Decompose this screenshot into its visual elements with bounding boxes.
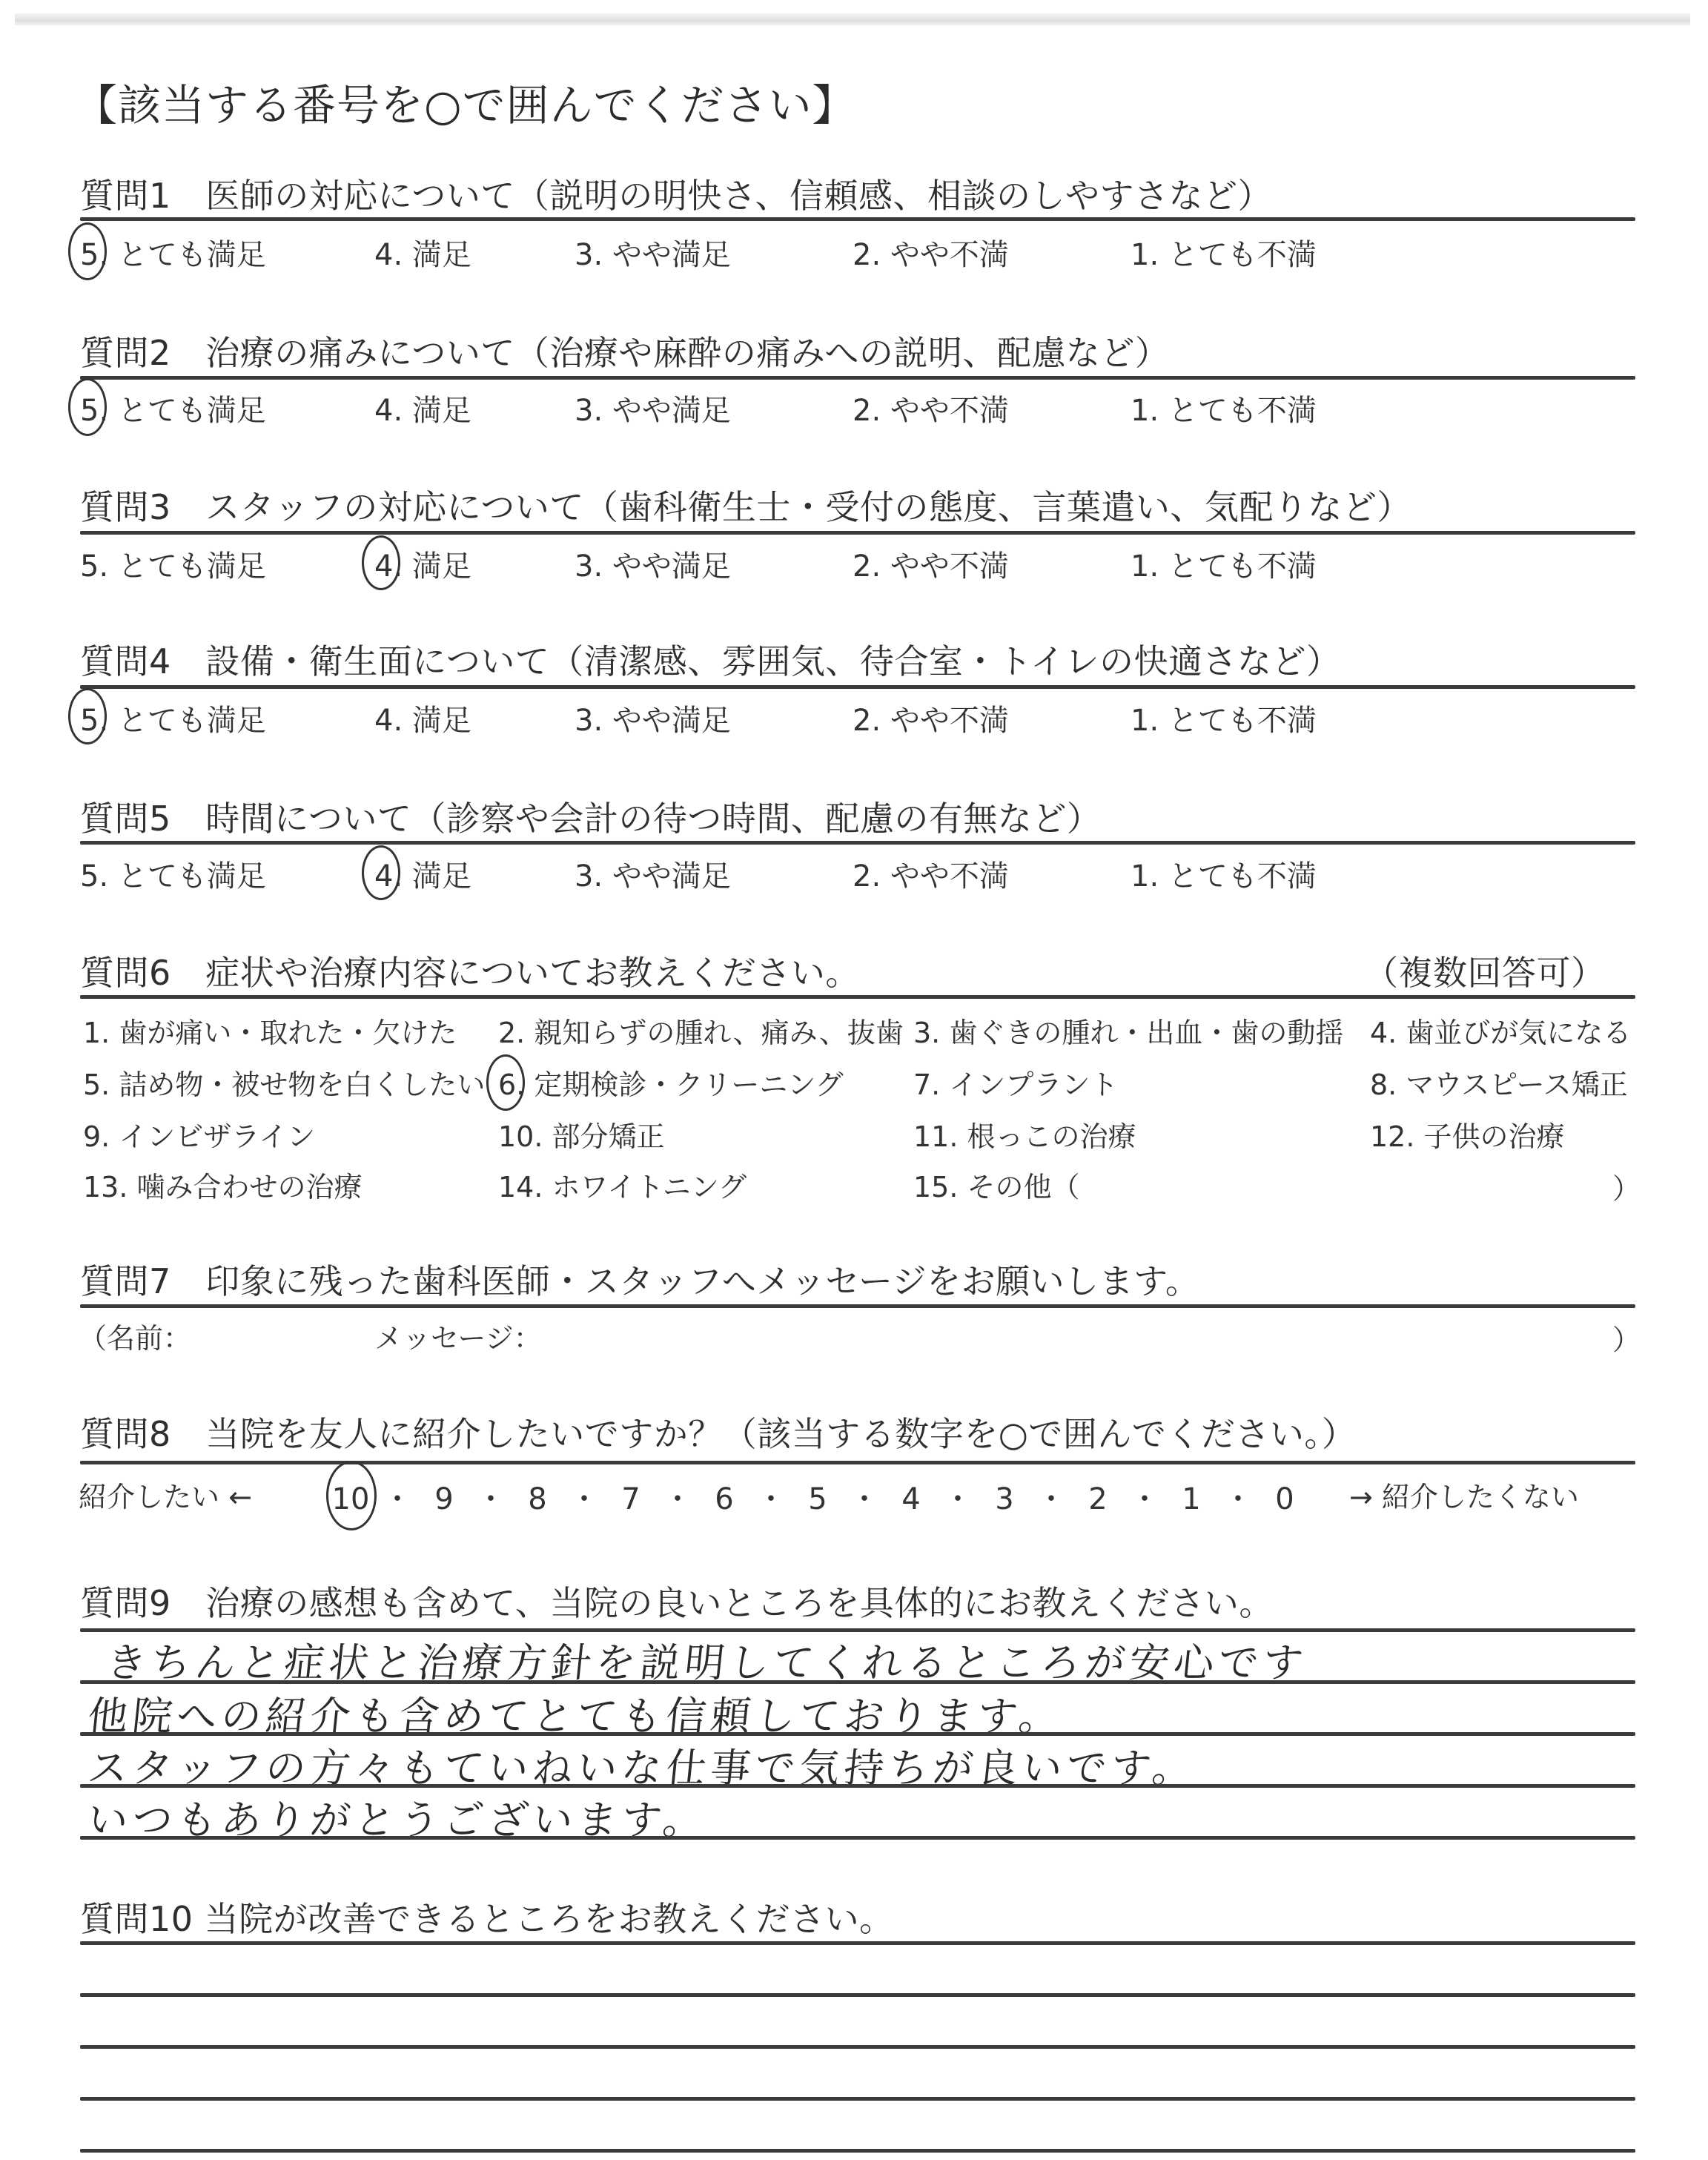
symptom-option-7[interactable]: 7. インプラント: [913, 1062, 1118, 1103]
option-2[interactable]: 2. やや不満: [853, 543, 1009, 585]
question-heading: 質問5 時間について（診察や会計の待つ時間、配慮の有無など）: [80, 792, 1101, 841]
option-5[interactable]: 5. とても満足: [80, 231, 266, 274]
recommend-right-label: → 紹介したくない: [1349, 1474, 1579, 1515]
scale-7[interactable]: 7: [609, 1482, 652, 1516]
scale-6[interactable]: 6: [703, 1482, 746, 1516]
answer-line-1[interactable]: [85, 1946, 1632, 1990]
symptom-option-14[interactable]: 14. ホワイトニング: [498, 1164, 747, 1205]
question-heading: 質問8 当院を友人に紹介したいですか？（該当する数字を○で囲んでください。）: [80, 1407, 1356, 1456]
option-5[interactable]: 5. とても満足: [80, 543, 266, 585]
divider: [80, 217, 1635, 221]
question-heading: 質問3 スタッフの対応について（歯科衛生士・受付の態度、言葉遣い、気配りなど）: [80, 480, 1411, 529]
option-3[interactable]: 3. やや満足: [575, 387, 731, 429]
option-3[interactable]: 3. やや満足: [575, 853, 731, 895]
symptom-option-3[interactable]: 3. 歯ぐきの腫れ・出血・歯の動揺: [913, 1010, 1343, 1051]
symptom-option-10[interactable]: 10. 部分矯正: [498, 1114, 665, 1155]
question-heading: 質問4 設備・衛生面について（清潔感、雰囲気、待合室・トイレの快適さなど）: [80, 635, 1341, 684]
form-title: 【該当する番号を○で囲んでください】: [74, 70, 856, 133]
option-3[interactable]: 3. やや満足: [575, 697, 731, 739]
option-3[interactable]: 3. やや満足: [575, 543, 731, 585]
symptom-option-12[interactable]: 12. 子供の治療: [1370, 1114, 1565, 1155]
symptom-option-11[interactable]: 11. 根っこの治療: [913, 1114, 1136, 1155]
scale-0[interactable]: 0: [1263, 1482, 1306, 1516]
line-divider: [80, 1993, 1635, 1997]
divider: [80, 841, 1635, 845]
symptom-option-9[interactable]: 9. インビザライン: [83, 1114, 315, 1155]
symptom-option-2[interactable]: 2. 親知らずの腫れ、痛み、抜歯: [498, 1010, 904, 1051]
line-divider: [80, 2097, 1635, 2101]
scale-2[interactable]: 2: [1076, 1482, 1119, 1516]
option-1[interactable]: 1. とても不満: [1131, 543, 1317, 585]
question-heading: 質問9 治療の感想も含めて、当院の良いところを具体的にお教えください。: [80, 1576, 1274, 1625]
option-1[interactable]: 1. とても不満: [1131, 387, 1317, 429]
recommend-left-label: 紹介したい ←: [79, 1474, 252, 1515]
other-close-paren: ）: [1612, 1166, 1641, 1206]
scale-1[interactable]: 1: [1170, 1482, 1213, 1516]
option-2[interactable]: 2. やや不満: [853, 231, 1009, 274]
close-paren: ）: [1612, 1317, 1641, 1358]
message-label: メッセージ：: [374, 1315, 542, 1356]
scale-8[interactable]: 8: [516, 1482, 559, 1516]
answer-line-4[interactable]: [85, 2101, 1632, 2146]
question-heading: 質問1 医師の対応について（説明の明快さ、信頼感、相談のしやすさなど）: [80, 169, 1272, 218]
line-divider: [80, 1836, 1635, 1840]
scale-3[interactable]: 3: [983, 1482, 1026, 1516]
line-divider: [80, 1680, 1635, 1684]
question-heading: 質問10 当院が改善できるところをお教えください。: [80, 1892, 894, 1941]
option-4[interactable]: 4. 満足: [374, 543, 471, 585]
option-1[interactable]: 1. とても不満: [1131, 853, 1317, 895]
line-divider: [80, 1941, 1635, 1945]
symptom-option-5[interactable]: 5. 詰め物・被せ物を白くしたい: [83, 1062, 485, 1103]
divider: [80, 376, 1635, 380]
option-2[interactable]: 2. やや不満: [853, 697, 1009, 739]
question-heading: 質問7 印象に残った歯科医師・スタッフへメッセージをお願いします。: [80, 1255, 1199, 1304]
symptom-option-4[interactable]: 4. 歯並びが気になる: [1370, 1010, 1631, 1051]
option-2[interactable]: 2. やや不満: [853, 387, 1009, 429]
divider: [80, 995, 1635, 999]
symptom-option-13[interactable]: 13. 噛み合わせの治療: [83, 1164, 363, 1205]
scale-9[interactable]: 9: [423, 1482, 466, 1516]
scale-10[interactable]: 10: [329, 1482, 372, 1516]
line-divider: [80, 2045, 1635, 2049]
line-divider: [80, 1732, 1635, 1736]
divider: [80, 1304, 1635, 1308]
option-4[interactable]: 4. 満足: [374, 853, 471, 895]
option-4[interactable]: 4. 満足: [374, 697, 471, 739]
scale-5[interactable]: 5: [796, 1482, 839, 1516]
question-heading: 質問2 治療の痛みについて（治療や麻酔の痛みへの説明、配慮など）: [80, 326, 1169, 375]
name-field[interactable]: [200, 1315, 363, 1348]
scale-4[interactable]: 4: [890, 1482, 933, 1516]
option-5[interactable]: 5. とても満足: [80, 697, 266, 739]
message-field[interactable]: [563, 1315, 1586, 1348]
answer-line-2[interactable]: [85, 1998, 1632, 2042]
multiple-answers-note: （複数回答可）: [1364, 946, 1606, 995]
question-heading: 質問6 症状や治療内容についてお教えください。: [80, 946, 860, 995]
option-4[interactable]: 4. 満足: [374, 387, 471, 429]
option-4[interactable]: 4. 満足: [374, 231, 471, 274]
symptom-option-8[interactable]: 8. マウスピース矯正: [1370, 1062, 1628, 1103]
answer-line-3[interactable]: [85, 2050, 1632, 2094]
scan-top-edge: [15, 13, 1690, 25]
divider: [80, 1461, 1635, 1464]
option-2[interactable]: 2. やや不満: [853, 853, 1009, 895]
option-3[interactable]: 3. やや満足: [575, 231, 731, 274]
option-1[interactable]: 1. とても不満: [1131, 697, 1317, 739]
option-5[interactable]: 5. とても満足: [80, 387, 266, 429]
divider: [80, 685, 1635, 689]
name-label: （名前：: [79, 1315, 191, 1356]
divider: [80, 531, 1635, 535]
symptom-option-1[interactable]: 1. 歯が痛い・取れた・欠けた: [83, 1010, 457, 1051]
option-5[interactable]: 5. とても満足: [80, 853, 266, 895]
symptom-option-6[interactable]: 6. 定期検診・クリーニング: [498, 1062, 844, 1103]
symptom-option-15-other[interactable]: 15. その他（: [913, 1164, 1080, 1205]
recommend-scale: 10・9・8・7・6・5・4・3・2・1・0: [329, 1476, 1306, 1518]
line-divider: [80, 2149, 1635, 2153]
line-divider: [80, 1784, 1635, 1788]
option-1[interactable]: 1. とても不満: [1131, 231, 1317, 274]
